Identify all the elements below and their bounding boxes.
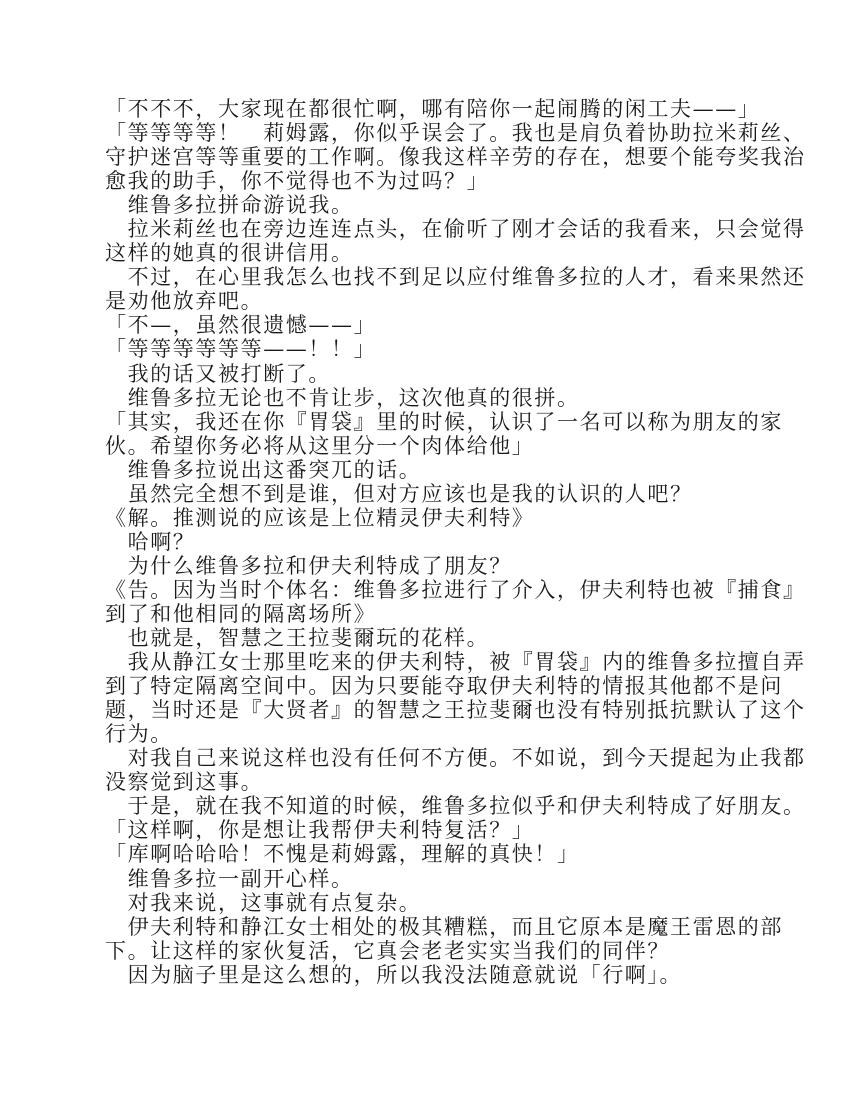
paragraph: 「等等等等！ 莉姆露，你似乎误会了。我也是肩负着协助拉米莉丝、守护迷宫等等重要的…: [105, 121, 750, 193]
text-line: 「不—，虽然很遗憾——」: [105, 313, 750, 337]
text-line: 维鲁多拉说出这番突兀的话。: [105, 458, 750, 482]
paragraph: 「其实，我还在你『胃袋』里的时候，认识了一名可以称为朋友的家伙。希望你务必将从这…: [105, 410, 750, 458]
text-line: 《告。因为当时个体名：维鲁多拉进行了介入，伊夫利特也被『捕食』: [105, 578, 750, 602]
paragraph: 「不—，虽然很遗憾——」: [105, 313, 750, 337]
text-line: 哈啊？: [105, 530, 750, 554]
text-line: 维鲁多拉一副开心样。: [105, 867, 750, 891]
text-line: 「其实，我还在你『胃袋』里的时候，认识了一名可以称为朋友的家: [105, 410, 750, 434]
text-line: 这样的她真的很讲信用。: [105, 241, 750, 265]
paragraph: 「这样啊，你是想让我帮伊夫利特复活？」: [105, 818, 750, 842]
document-page: 「不不不，大家现在都很忙啊，哪有陪你一起闹腾的闲工夫——」「等等等等！ 莉姆露，…: [105, 97, 750, 987]
paragraph: 对我来说，这事就有点复杂。: [105, 891, 750, 915]
text-line: 对我自己来说这样也没有任何不方便。不如说，到今天提起为止我都: [105, 746, 750, 770]
paragraph: 哈啊？: [105, 530, 750, 554]
text-line: 「库啊哈哈哈！不愧是莉姆露，理解的真快！」: [105, 842, 750, 866]
text-line: 「这样啊，你是想让我帮伊夫利特复活？」: [105, 818, 750, 842]
text-line: 对我来说，这事就有点复杂。: [105, 891, 750, 915]
paragraph: 我从静江女士那里吃来的伊夫利特，被『胃袋』内的维鲁多拉擅自弄到了特定隔离空间中。…: [105, 650, 750, 746]
text-line: 下。让这样的家伙复活，它真会老老实实当我们的同伴？: [105, 939, 750, 963]
paragraph: 「库啊哈哈哈！不愧是莉姆露，理解的真快！」: [105, 842, 750, 866]
paragraph: 维鲁多拉一副开心样。: [105, 867, 750, 891]
paragraph: 《解。推测说的应该是上位精灵伊夫利特》: [105, 506, 750, 530]
paragraph: 对我自己来说这样也没有任何不方便。不如说，到今天提起为止我都没察觉到这事。: [105, 746, 750, 794]
paragraph: 「等等等等等等——！！」: [105, 337, 750, 361]
text-line: 也就是，智慧之王拉斐爾玩的花样。: [105, 626, 750, 650]
text-line: 行为。: [105, 722, 750, 746]
paragraph: 「不不不，大家现在都很忙啊，哪有陪你一起闹腾的闲工夫——」: [105, 97, 750, 121]
text-line: 到了和他相同的隔离场所》: [105, 602, 750, 626]
paragraph: 维鲁多拉说出这番突兀的话。: [105, 458, 750, 482]
text-line: 维鲁多拉无论也不肯让步，这次他真的很拼。: [105, 386, 750, 410]
text-line: 愈我的助手，你不觉得也不为过吗？」: [105, 169, 750, 193]
paragraph: 虽然完全想不到是谁，但对方应该也是我的认识的人吧？: [105, 482, 750, 506]
paragraph: 为什么维鲁多拉和伊夫利特成了朋友？: [105, 554, 750, 578]
paragraph: 维鲁多拉拼命游说我。: [105, 193, 750, 217]
text-line: 为什么维鲁多拉和伊夫利特成了朋友？: [105, 554, 750, 578]
text-line: 拉米莉丝也在旁边连连点头，在偷听了刚才会话的我看来，只会觉得: [105, 217, 750, 241]
paragraph: 因为脑子里是这么想的，所以我没法随意就说「行啊」。: [105, 963, 750, 987]
text-line: 我从静江女士那里吃来的伊夫利特，被『胃袋』内的维鲁多拉擅自弄: [105, 650, 750, 674]
text-line: 《解。推测说的应该是上位精灵伊夫利特》: [105, 506, 750, 530]
paragraph: 不过，在心里我怎么也找不到足以应付维鲁多拉的人才，看来果然还是劝他放弃吧。: [105, 265, 750, 313]
text-line: 「不不不，大家现在都很忙啊，哪有陪你一起闹腾的闲工夫——」: [105, 97, 750, 121]
text-line: 题，当时还是『大贤者』的智慧之王拉斐爾也没有特别抵抗默认了这个: [105, 698, 750, 722]
text-line: 「等等等等！ 莉姆露，你似乎误会了。我也是肩负着协助拉米莉丝、: [105, 121, 750, 145]
text-line: 伙。希望你务必将从这里分一个肉体给他」: [105, 434, 750, 458]
text-line: 虽然完全想不到是谁，但对方应该也是我的认识的人吧？: [105, 482, 750, 506]
text-line: 因为脑子里是这么想的，所以我没法随意就说「行啊」。: [105, 963, 750, 987]
text-line: 「等等等等等等——！！」: [105, 337, 750, 361]
text-line: 于是，就在我不知道的时候，维鲁多拉似乎和伊夫利特成了好朋友。: [105, 794, 750, 818]
paragraph: 我的话又被打断了。: [105, 362, 750, 386]
paragraph: 伊夫利特和静江女士相处的极其糟糕，而且它原本是魔王雷恩的部下。让这样的家伙复活，…: [105, 915, 750, 963]
text-line: 是劝他放弃吧。: [105, 289, 750, 313]
paragraph: 于是，就在我不知道的时候，维鲁多拉似乎和伊夫利特成了好朋友。: [105, 794, 750, 818]
paragraph: 也就是，智慧之王拉斐爾玩的花样。: [105, 626, 750, 650]
text-line: 到了特定隔离空间中。因为只要能夺取伊夫利特的情报其他都不是问: [105, 674, 750, 698]
text-line: 伊夫利特和静江女士相处的极其糟糕，而且它原本是魔王雷恩的部: [105, 915, 750, 939]
text-line: 维鲁多拉拼命游说我。: [105, 193, 750, 217]
paragraph: 拉米莉丝也在旁边连连点头，在偷听了刚才会话的我看来，只会觉得这样的她真的很讲信用…: [105, 217, 750, 265]
paragraph: 《告。因为当时个体名：维鲁多拉进行了介入，伊夫利特也被『捕食』到了和他相同的隔离…: [105, 578, 750, 626]
text-line: 守护迷宫等等重要的工作啊。像我这样辛劳的存在，想要个能夸奖我治: [105, 145, 750, 169]
text-line: 我的话又被打断了。: [105, 362, 750, 386]
text-line: 不过，在心里我怎么也找不到足以应付维鲁多拉的人才，看来果然还: [105, 265, 750, 289]
text-line: 没察觉到这事。: [105, 770, 750, 794]
paragraph: 维鲁多拉无论也不肯让步，这次他真的很拼。: [105, 386, 750, 410]
